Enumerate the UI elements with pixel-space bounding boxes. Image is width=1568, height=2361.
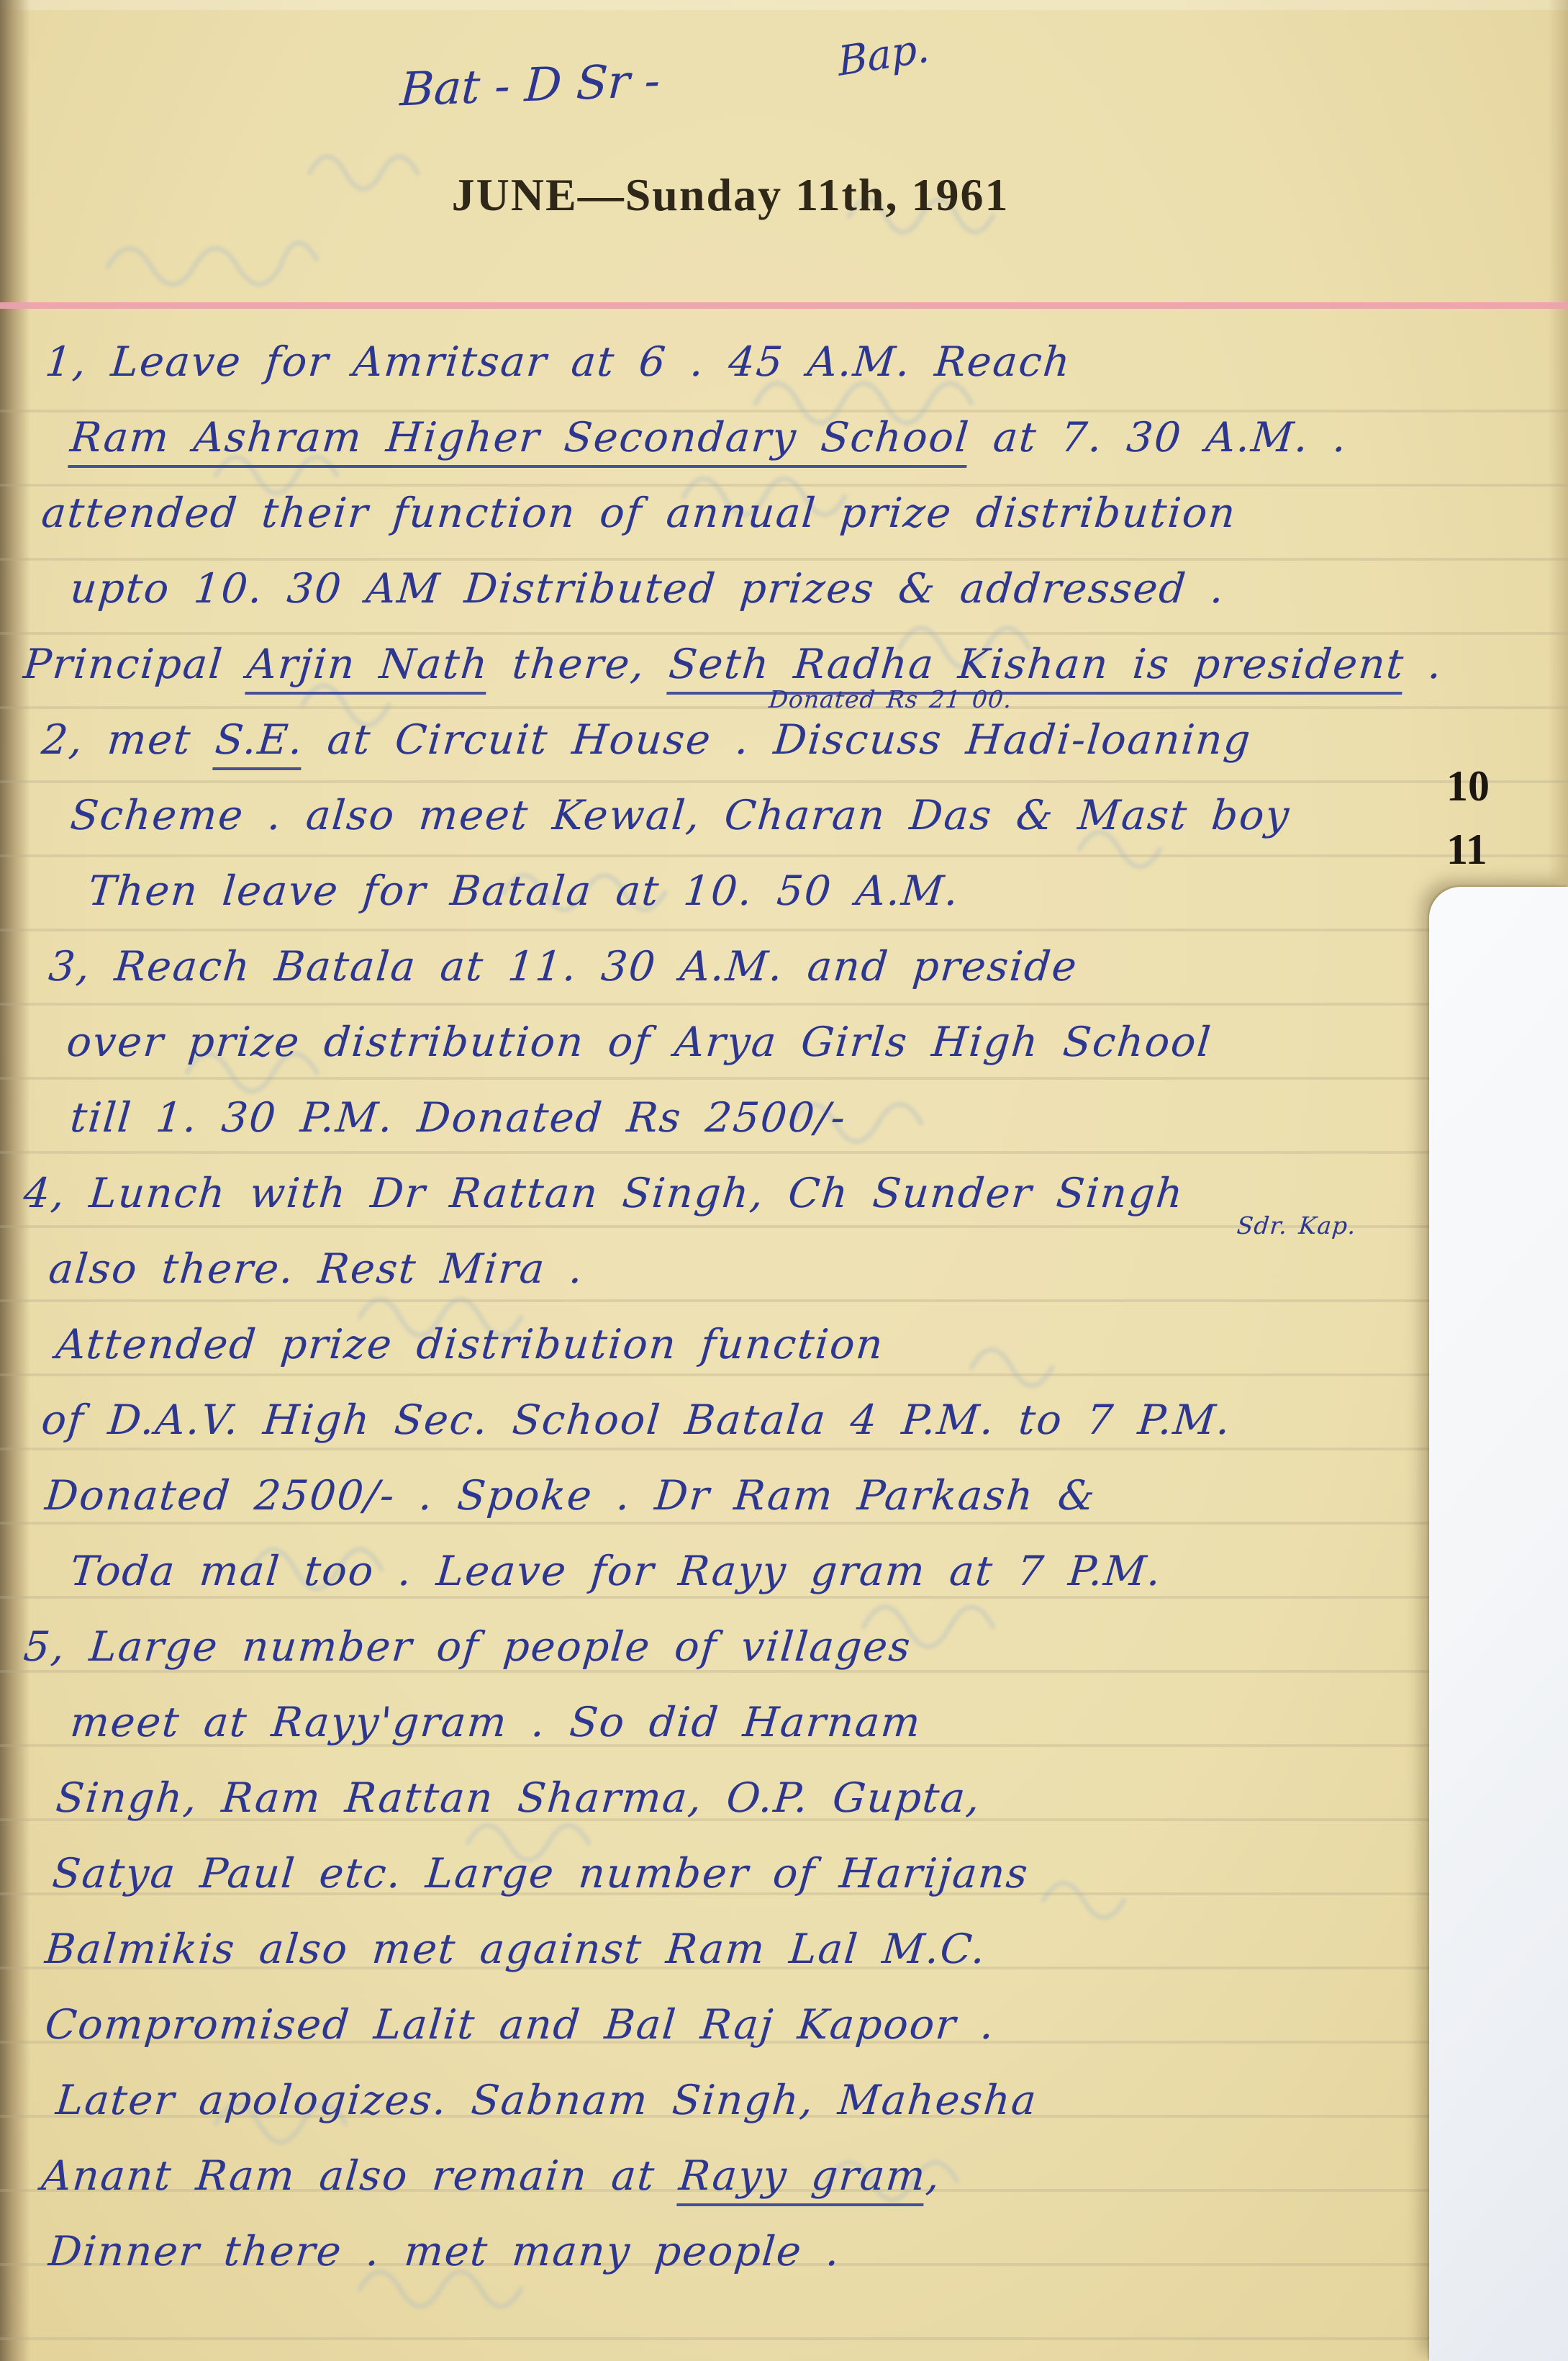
text-run: Later apologizes. Sabnam Singh, Mahesha	[54, 2077, 1039, 2124]
text-run: Balmikis also met against Ram Lal M.C.	[43, 1926, 988, 1973]
underlined-text: Rayy gram	[676, 2152, 928, 2206]
text-run: .	[1402, 641, 1445, 688]
text-run: upto 10. 30 AM Distributed prizes & addr…	[68, 565, 1227, 613]
diary-line: meet at Rayy'gram . So did Harnam	[68, 1699, 923, 1746]
diary-line: Anant Ram also remain at Rayy gram,	[40, 2152, 943, 2200]
text-run: ,	[924, 2152, 943, 2200]
text-run: Anant Ram also remain at	[40, 2152, 681, 2200]
diary-line: Ram Ashram Higher Secondary School at 7.…	[68, 414, 1350, 461]
diary-line: 2, met S.E. at Circuit House . Discuss H…	[40, 716, 1254, 764]
text-run: 2, met	[40, 716, 217, 764]
text-run: Principal	[22, 641, 249, 688]
diary-line: of D.A.V. High Sec. School Batala 4 P.M.…	[40, 1396, 1233, 1444]
underlined-text: Ram Ashram Higher Secondary School	[68, 414, 971, 468]
text-run: 1, Leave for Amritsar at 6 . 45 A.M. Rea…	[43, 338, 1073, 386]
diary-line: also there. Rest Mira .	[47, 1245, 586, 1293]
diary-line: Later apologizes. Sabnam Singh, Mahesha	[54, 2077, 1039, 2124]
text-run: over prize distribution of Arya Girls Hi…	[65, 1019, 1214, 1066]
diary-page: Bat - D Sr - Bap. JUNE—Sunday 11th, 1961…	[0, 0, 1568, 2361]
text-run: Singh, Ram Rattan Sharma, O.P. Gupta,	[54, 1774, 983, 1822]
diary-line: 5, Large number of people of villages	[22, 1623, 913, 1671]
diary-line: Toda mal too . Leave for Rayy gram at 7 …	[68, 1548, 1164, 1595]
diary-line: Satya Paul etc. Large number of Harijans	[50, 1850, 1030, 1897]
diary-line: Then leave for Batala at 10. 50 A.M.	[86, 867, 961, 915]
diary-line: Scheme . also meet Kewal, Charan Das & M…	[68, 792, 1292, 839]
text-run: also there. Rest Mira .	[47, 1245, 586, 1293]
text-run: 4, Lunch with Dr Rattan Singh, Ch Sunder…	[22, 1170, 1186, 1217]
text-run: there,	[486, 641, 671, 688]
text-run: Then leave for Batala at 10. 50 A.M.	[86, 867, 961, 915]
diary-line: over prize distribution of Arya Girls Hi…	[65, 1019, 1214, 1066]
diary-line: 3, Reach Batala at 11. 30 A.M. and presi…	[47, 943, 1080, 990]
text-run: Satya Paul etc. Large number of Harijans	[50, 1850, 1030, 1897]
diary-line: attended their function of annual prize …	[40, 489, 1238, 537]
diary-line: upto 10. 30 AM Distributed prizes & addr…	[68, 565, 1227, 613]
diary-line: Singh, Ram Rattan Sharma, O.P. Gupta,	[54, 1774, 983, 1822]
text-run: at 7. 30 A.M. .	[967, 414, 1349, 461]
overlapping-page-corner	[1429, 887, 1568, 2361]
diary-line: Principal Arjin Nath there, Seth Radha K…	[22, 641, 1445, 688]
diary-lines: 1, Leave for Amritsar at 6 . 45 A.M. Rea…	[0, 0, 1568, 2361]
diary-line: 1, Leave for Amritsar at 6 . 45 A.M. Rea…	[43, 338, 1073, 386]
text-run: 3, Reach Batala at 11. 30 A.M. and presi…	[47, 943, 1080, 990]
text-run: Toda mal too . Leave for Rayy gram at 7 …	[68, 1548, 1164, 1595]
text-run: Donated 2500/- . Spoke . Dr Ram Parkash …	[43, 1472, 1098, 1520]
diary-line: till 1. 30 P.M. Donated Rs 2500/-	[68, 1094, 848, 1142]
diary-line: Dinner there . met many people .	[47, 2228, 843, 2275]
underlined-text: S.E.	[213, 716, 306, 770]
underlined-text: Arjin Nath	[245, 641, 491, 695]
text-run: attended their function of annual prize …	[40, 489, 1238, 537]
text-run: 5, Large number of people of villages	[22, 1623, 913, 1671]
diary-line: 4, Lunch with Dr Rattan Singh, Ch Sunder…	[22, 1170, 1186, 1217]
diary-line: Donated 2500/- . Spoke . Dr Ram Parkash …	[43, 1472, 1098, 1520]
text-run: meet at Rayy'gram . So did Harnam	[68, 1699, 923, 1746]
text-run: Compromised Lalit and Bal Raj Kapoor .	[43, 2001, 997, 2049]
text-run: of D.A.V. High Sec. School Batala 4 P.M.…	[40, 1396, 1233, 1444]
inline-annotation: Sdr. Kap.	[1236, 1211, 1357, 1240]
text-run: at Circuit House . Discuss Hadi-loaning	[302, 716, 1254, 764]
diary-line: Attended prize distribution function	[54, 1321, 886, 1368]
text-run: Scheme . also meet Kewal, Charan Das & M…	[68, 792, 1292, 839]
diary-line: Compromised Lalit and Bal Raj Kapoor .	[43, 2001, 997, 2049]
text-run: till 1. 30 P.M. Donated Rs 2500/-	[68, 1094, 848, 1142]
inline-annotation: Donated Rs 21 00.	[768, 685, 1013, 713]
text-run: Attended prize distribution function	[54, 1321, 886, 1368]
text-run: Dinner there . met many people .	[47, 2228, 843, 2275]
diary-line: Balmikis also met against Ram Lal M.C.	[43, 1926, 988, 1973]
